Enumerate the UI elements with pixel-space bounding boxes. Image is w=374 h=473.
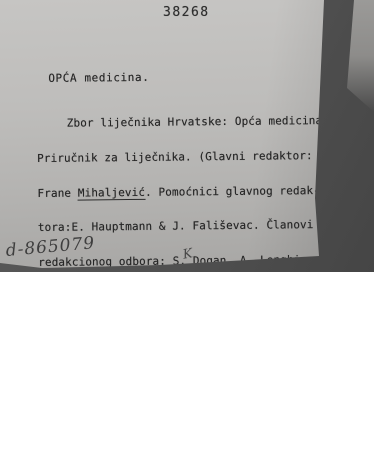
card-line-segment: Frane	[37, 186, 77, 199]
catalog-card: 38268 OPĆA medicina. Zbor liječnika Hrva…	[0, 0, 374, 272]
card-line: Frane Mihaljević. Pomoćnici glavnog reda…	[37, 184, 337, 199]
card-line-segment: . Pomoćnici glavnog redak-	[145, 184, 320, 199]
handwritten-initial: K	[182, 246, 194, 262]
card-line: Priručnik za liječnika. (Glavni redaktor…	[37, 150, 337, 165]
photo-background: 38268 OPĆA medicina. Zbor liječnika Hrva…	[0, 0, 374, 272]
accession-number: 38268	[163, 5, 210, 20]
card-line: Zbor liječnika Hrvatske: Opća medicina.	[67, 115, 337, 129]
card-heading: OPĆA medicina.	[48, 70, 336, 85]
adjacent-card-edge	[347, 0, 374, 112]
card-line: tora:E. Hauptmann & J. Fališevac. Članov…	[38, 219, 338, 234]
underlined-editor-name: Mihaljević	[78, 185, 145, 200]
